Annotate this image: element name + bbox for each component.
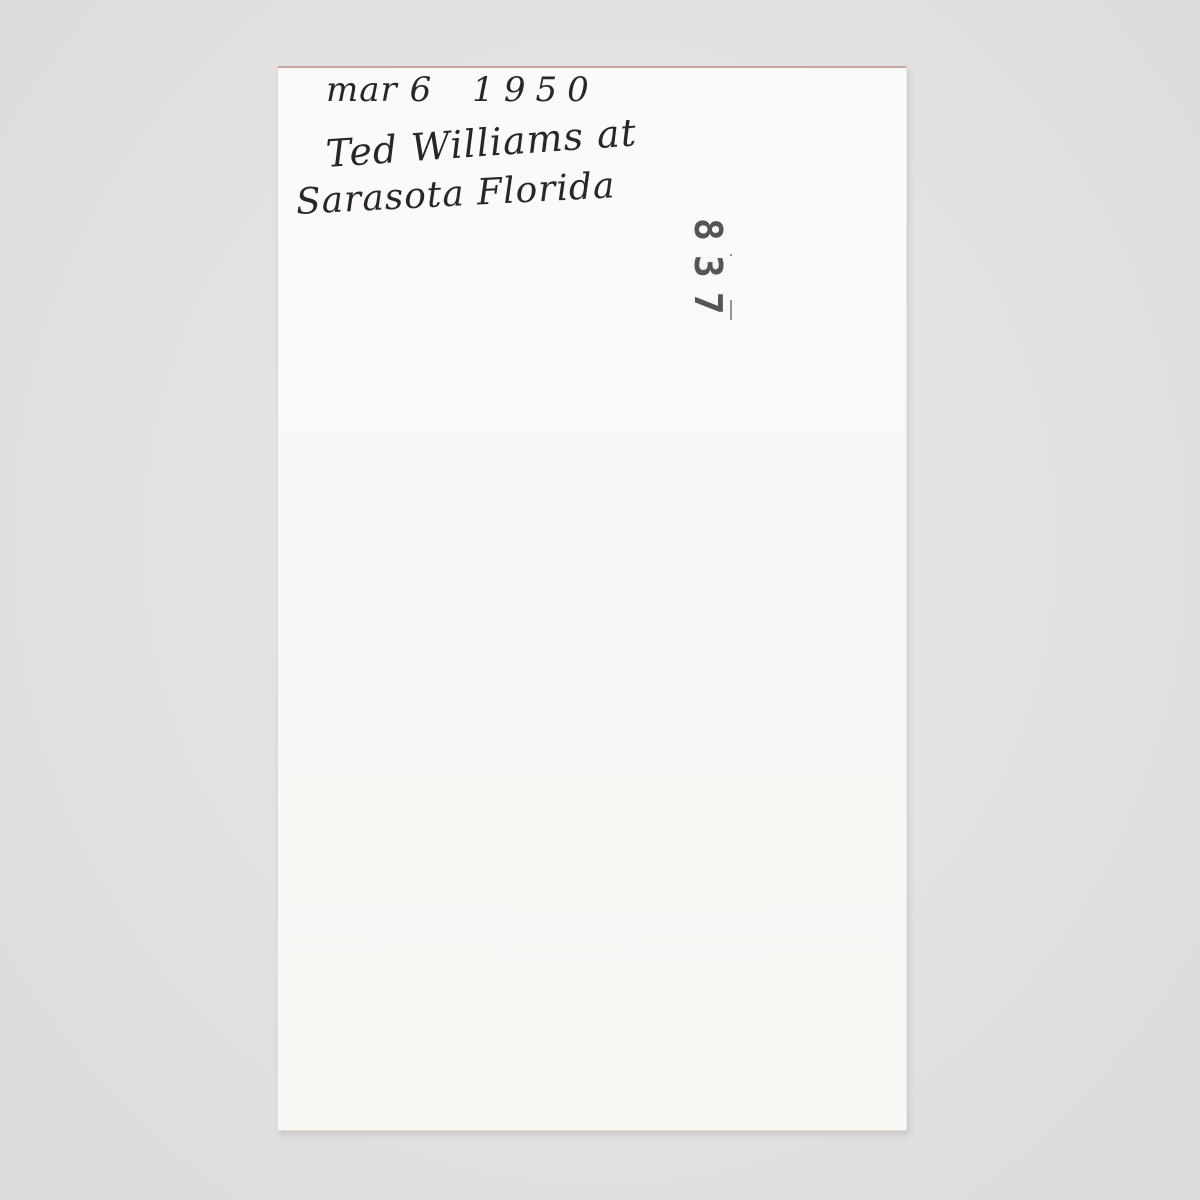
stamp-tick-mark xyxy=(730,300,732,320)
handwritten-date: mar 61950 xyxy=(326,70,599,110)
photo-card-back: mar 61950 Ted Williams at Sarasota Flori… xyxy=(277,66,907,1131)
stamped-number: 837 xyxy=(682,218,742,368)
stamp-dot-mark xyxy=(730,254,732,256)
date-month-day: mar 6 xyxy=(326,70,432,110)
date-year: 1950 xyxy=(472,70,599,110)
stamped-digits: 837 xyxy=(686,218,730,329)
